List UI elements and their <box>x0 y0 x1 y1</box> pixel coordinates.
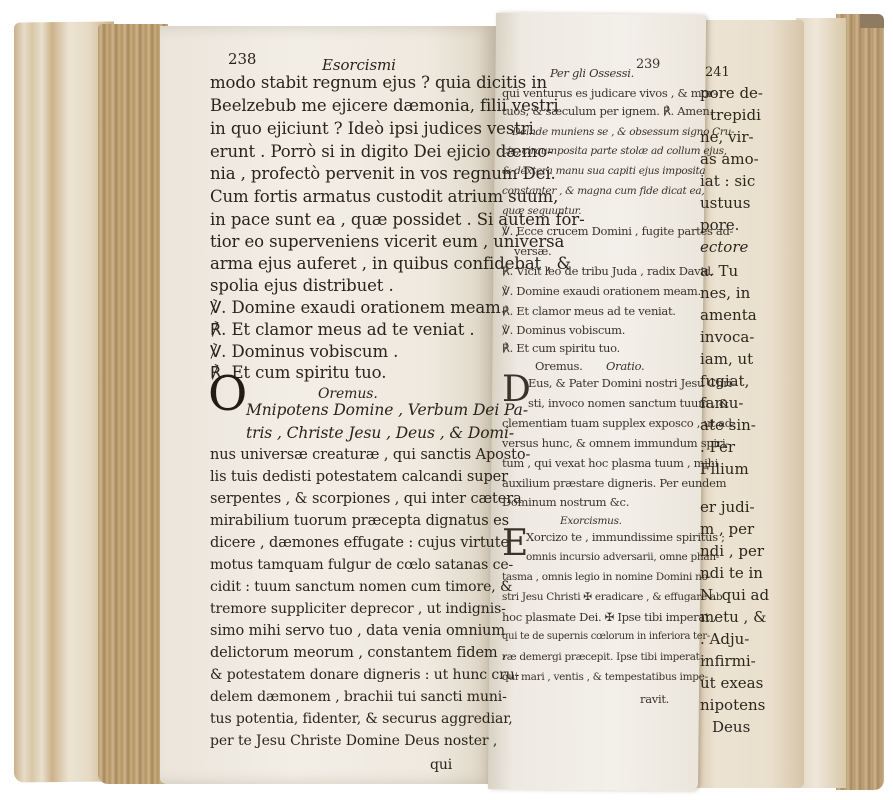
left-page-number: 238 <box>228 52 256 67</box>
prayer-line: dicere , dæmones effugate : cujus virtut… <box>210 536 509 551</box>
versicle: ℣. Ecce crucem Domini , fugite partes ad… <box>502 226 733 238</box>
prayer-line: Dominum nostrum &c. <box>502 497 629 509</box>
rubric-line: constanter , & magna cum fide dicat ea, <box>502 186 704 197</box>
peek-line: trepidi <box>710 108 761 123</box>
peek-page-number: 241 <box>705 66 730 79</box>
peek-line: ate sin- <box>700 418 756 433</box>
peek-line: metu , & <box>700 610 766 625</box>
peek-line: infirmi- <box>700 654 756 669</box>
versicle: ℣. Domine exaudi orationem meam. <box>502 286 701 298</box>
peek-line: ne, vir- <box>700 130 754 145</box>
peek-line: pore. <box>700 218 739 233</box>
peek-line: m , per <box>700 522 754 537</box>
peek-line: iam, ut <box>700 352 753 367</box>
text-line: spolia ejus distribuet . <box>210 278 394 295</box>
prayer-line: nus universæ creaturæ , qui sanctis Apos… <box>210 448 530 463</box>
text-line: in quo ejiciunt ? Ideò ipsi judices vest… <box>210 121 534 138</box>
prayer-line: tus potentia, fidenter, & securus aggred… <box>210 712 513 726</box>
prayer-line: versus hunc, & omnem immundum spiri- <box>502 438 729 450</box>
catchword: qui <box>430 758 452 772</box>
oratio-heading: Oratio. <box>606 361 644 373</box>
exorcism-line: Xorcizo te , immundissime spiritus ; <box>526 532 725 544</box>
dropcap-O: O <box>208 370 247 418</box>
prayer-line: tris , Christe Jesu , Deus , & Domi- <box>246 426 514 442</box>
peek-line: fugiat, <box>700 374 749 389</box>
prayer-line: delictorum meorum , constantem fidem , <box>210 646 507 661</box>
open-book-photo: 238 Esorcismi modo stabit regnum ejus ? … <box>0 0 893 800</box>
peek-line: N. qui ad <box>700 588 769 603</box>
peek-line: famu- <box>700 396 743 411</box>
rubric-line: quæ sequuntur. <box>502 206 581 217</box>
left-running-head: Esorcismi <box>322 58 396 73</box>
peek-line: . Adju- <box>700 632 749 647</box>
rubric-line: cis, circumposita parte stolæ ad collum … <box>502 146 727 157</box>
peek-line: invoca- <box>700 330 754 345</box>
right-page-number: 239 <box>636 58 660 71</box>
peek-line: ustuus <box>700 196 750 211</box>
peek-line: Deus <box>712 720 750 735</box>
text-line: qui venturus es judicare vivos , & mor- <box>502 88 717 100</box>
response: ℟. Et clamor meus ad te veniat . <box>210 322 475 339</box>
versicle: ℣. Dominus vobiscum. <box>502 325 625 337</box>
exorcism-line: qui mari , ventis , & tempestatibus impe… <box>502 672 708 683</box>
peek-line: . Per <box>700 440 735 455</box>
prayer-line: lis tuis dedisti potestatem calcandi sup… <box>210 470 508 485</box>
peek-line: pore de- <box>700 86 763 101</box>
exorcismus-heading: Exorcismus. <box>560 516 622 527</box>
peek-line: ndi te in <box>700 566 763 581</box>
exorcism-line: omnis incursio adversarii, omne phan- <box>526 552 719 563</box>
exorcism-line: ravit. <box>640 694 669 706</box>
prayer-line: motus tamquam fulgur de cœlo satanas ce- <box>210 558 513 572</box>
prayer-line: cidit : tuum sanctum nomen cum timore, & <box>210 580 512 594</box>
prayer-line: sti, invoco nomen sanctum tuum , & <box>528 398 729 410</box>
peek-line: as amo- <box>700 152 759 167</box>
peek-line: ut exeas <box>700 676 763 691</box>
prayer-line: & potestatem donare digneris : ut hunc c… <box>210 668 519 682</box>
versicle: ℣. Dominus vobiscum . <box>210 344 398 361</box>
exorcism-line: hoc plasmate Dei. ✠ Ipse tibi imperat , <box>502 612 716 624</box>
left-page-block-edges <box>98 24 168 784</box>
prayer-line: serpentes , & scorpiones , qui inter cæt… <box>210 492 522 507</box>
oremus-heading: Oremus. <box>318 387 378 401</box>
prayer-line: per te Jesu Christe Domine Deus noster , <box>210 734 497 748</box>
oremus-heading: Oremus. <box>535 361 583 373</box>
exorcism-line: tasma , omnis legio in nomine Domini no- <box>502 572 711 583</box>
dropcap-D: D <box>502 372 531 408</box>
text-line: tuos, & sæculum per ignem. ℟. Amen. <box>502 106 713 118</box>
response: ℟. Vicit leo de tribu Juda , radix David… <box>502 266 714 278</box>
peek-line: ndi , per <box>700 544 764 559</box>
text-line: modo stabit regnum ejus ? quia dicitis i… <box>210 75 547 92</box>
rubric-line: & dextera manu sua capiti ejus imposita <box>502 166 705 177</box>
peek-line: Filium <box>700 462 749 477</box>
response: ℟. Et clamor meus ad te veniat. <box>502 306 676 318</box>
exorcism-line: stri Jesu Christi ✠ eradicare , & effuga… <box>502 592 722 603</box>
prayer-line: tremore suppliciter deprecor , ut indign… <box>210 602 506 616</box>
prayer-line: mirabilium tuorum præcepta dignatus es <box>210 514 509 529</box>
prayer-line: auxilium præstare digneris. Per eundem <box>502 478 726 490</box>
peek-line: ectore <box>700 240 748 255</box>
versicle-cont: versæ. <box>514 246 551 258</box>
dropcap-E: E <box>502 526 528 562</box>
prayer-line: simo mihi servo tuo , data venia omnium <box>210 624 505 639</box>
exorcism-line: qui te de supernis cœlorum in inferiora … <box>502 632 710 642</box>
prayer-line: Mnipotens Domine , Verbum Dei Pa- <box>246 403 528 419</box>
peek-line: er judi- <box>700 500 755 515</box>
peek-line: amenta <box>700 308 757 323</box>
prayer-line: tum , qui vexat hoc plasma tuum , mihi <box>502 458 718 470</box>
cover-corner <box>860 14 884 28</box>
response: ℟. Et cum spiritu tuo. <box>502 343 620 355</box>
exorcism-line: ræ demergi præcepit. Ipse tibi imperat , <box>502 652 706 663</box>
peek-line: nipotens <box>700 698 765 713</box>
right-running-head: Per gli Ossessi. <box>550 68 634 80</box>
peek-line: a. Tu <box>700 264 738 279</box>
peek-line: nes, in <box>700 286 750 301</box>
versicle: ℣. Domine exaudi orationem meam. <box>210 300 506 317</box>
peek-line: iat : sic <box>700 174 755 189</box>
prayer-line: delem dæmonem , brachii tui sancti muni- <box>210 690 507 704</box>
